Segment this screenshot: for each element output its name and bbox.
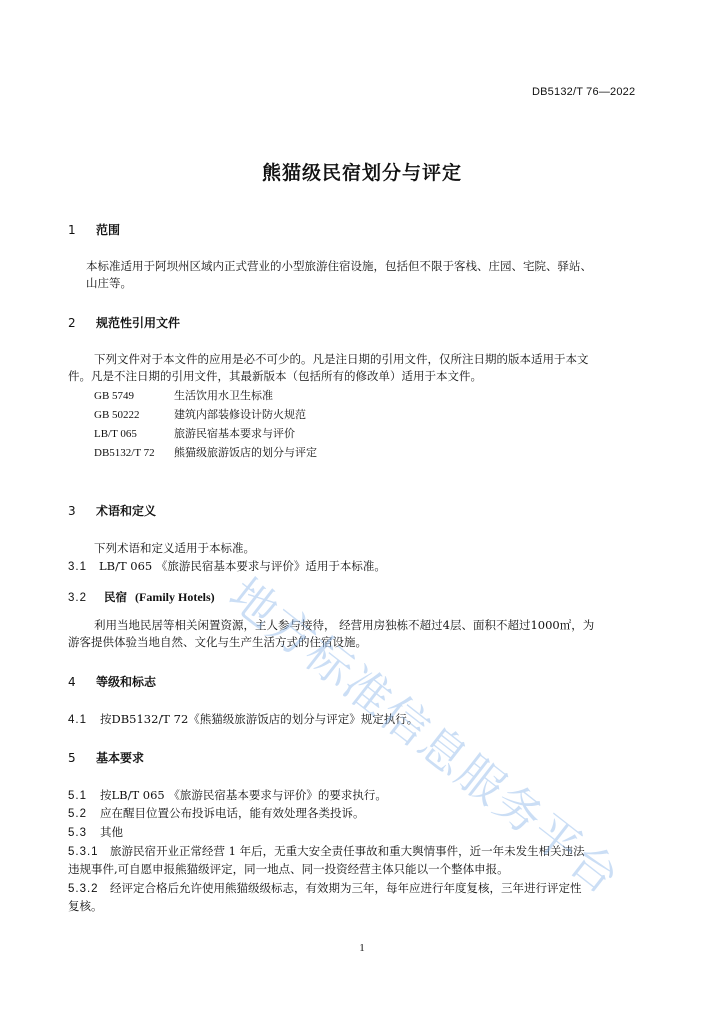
term-english: (Family Hotels) [135, 590, 215, 604]
reference-row: GB 50222建筑内部装修设计防火规范 [94, 406, 306, 422]
clause-5-3-2-line1: 5.3.2经评定合格后允许使用熊猫级级标志，有效期为三年，每年应进行年度复核，三… [68, 880, 582, 896]
section-title: 范围 [96, 223, 120, 237]
section-number: 4 [68, 675, 96, 689]
section-1-para-line2: 山庄等。 [86, 275, 132, 292]
clause-number: 3.2 [68, 592, 104, 604]
section-1-heading: 1范围 [68, 221, 120, 238]
section-title: 基本要求 [96, 751, 144, 765]
section-2-heading: 2规范性引用文件 [68, 314, 180, 331]
section-title: 等级和标志 [96, 675, 156, 689]
page-number: 1 [0, 942, 724, 954]
clause-number: 5.3.2 [68, 883, 110, 895]
clause-number: 4.1 [68, 714, 100, 726]
section-title: 术语和定义 [96, 504, 156, 518]
term-name: 民宿 [104, 590, 127, 604]
reference-code: GB 50222 [94, 409, 174, 421]
reference-title: 旅游民宿基本要求与评价 [174, 427, 295, 440]
clause-5-1: 5.1按LB/T 065 《旅游民宿基本要求与评价》的要求执行。 [68, 787, 387, 803]
section-number: 5 [68, 751, 96, 765]
section-5-heading: 5基本要求 [68, 749, 144, 766]
clause-5-2: 5.2应在醒目位置公布投诉电话，能有效处理各类投诉。 [68, 805, 365, 821]
section-number: 1 [68, 223, 96, 237]
section-4-heading: 4等级和标志 [68, 673, 156, 690]
section-1-para-line1: 本标准适用于阿坝州区域内正式营业的小型旅游住宿设施，包括但不限于客栈、庄园、宅院… [86, 258, 592, 275]
clause-text: 按DB5132/T 72《熊猫级旅游饭店的划分与评定》规定执行。 [100, 712, 418, 726]
section-3-heading: 3术语和定义 [68, 502, 156, 519]
clause-number: 5.2 [68, 808, 100, 820]
reference-row: DB5132/T 72熊猫级旅游饭店的划分与评定 [94, 444, 317, 460]
reference-row: LB/T 065旅游民宿基本要求与评价 [94, 425, 295, 441]
reference-title: 熊猫级旅游饭店的划分与评定 [174, 446, 317, 459]
clause-5-3-1-line2: 违规事件,可自愿申报熊猫级评定，同一地点、同一投资经营主体只能以一个整体申报。 [68, 861, 509, 878]
clause-3-2-line1: 利用当地民居等相关闲置资源，主人参与接待， 经营用房独栋不超过4层、面积不超过1… [94, 617, 594, 634]
reference-row: GB 5749生活饮用水卫生标准 [94, 387, 273, 403]
clause-3-2-heading: 3.2民宿 (Family Hotels) [68, 589, 215, 605]
reference-code: LB/T 065 [94, 428, 174, 440]
clause-text: 应在醒目位置公布投诉电话，能有效处理各类投诉。 [100, 806, 365, 820]
section-2-para-line1: 下列文件对于本文件的应用是必不可少的。凡是注日期的引用文件，仅所注日期的版本适用… [94, 351, 589, 368]
reference-code: GB 5749 [94, 390, 174, 402]
section-title: 规范性引用文件 [96, 316, 180, 330]
clause-5-3-1-line1: 5.3.1旅游民宿开业正常经营 1 年后，无重大安全责任事故和重大舆情事件，近一… [68, 843, 585, 859]
clause-number: 5.3.1 [68, 846, 110, 858]
reference-title: 生活饮用水卫生标准 [174, 389, 273, 402]
document-code: DB5132/T 76—2022 [532, 86, 635, 98]
section-2-para-line2: 件。凡是不注日期的引用文件，其最新版本（包括所有的修改单）适用于本文件。 [68, 368, 482, 385]
reference-title: 建筑内部装修设计防火规范 [174, 408, 306, 421]
reference-code: DB5132/T 72 [94, 447, 174, 459]
clause-number: 3.1 [68, 561, 99, 573]
section-3-intro: 下列术语和定义适用于本标准。 [94, 540, 255, 557]
clause-3-1: 3.1LB/T 065 《旅游民宿基本要求与评价》适用于本标准。 [68, 558, 386, 574]
section-number: 2 [68, 316, 96, 330]
clause-number: 5.3 [68, 827, 100, 839]
clause-5-3-2-line2: 复核。 [68, 898, 103, 915]
clause-text: 其他 [100, 825, 123, 839]
clause-text: 旅游民宿开业正常经营 1 年后，无重大安全责任事故和重大舆情事件，近一年未发生相… [110, 844, 585, 858]
clause-text: 按LB/T 065 《旅游民宿基本要求与评价》的要求执行。 [100, 788, 387, 802]
clause-text: LB/T 065 《旅游民宿基本要求与评价》适用于本标准。 [99, 559, 386, 573]
clause-4-1: 4.1按DB5132/T 72《熊猫级旅游饭店的划分与评定》规定执行。 [68, 711, 418, 727]
document-title: 熊猫级民宿划分与评定 [0, 158, 724, 185]
section-number: 3 [68, 504, 96, 518]
clause-3-2-line2: 游客提供体验当地自然、文化与生产生活方式的住宿设施。 [68, 634, 367, 651]
clause-text: 经评定合格后允许使用熊猫级级标志，有效期为三年，每年应进行年度复核，三年进行评定… [110, 881, 582, 895]
clause-5-3: 5.3其他 [68, 824, 123, 840]
clause-number: 5.1 [68, 790, 100, 802]
